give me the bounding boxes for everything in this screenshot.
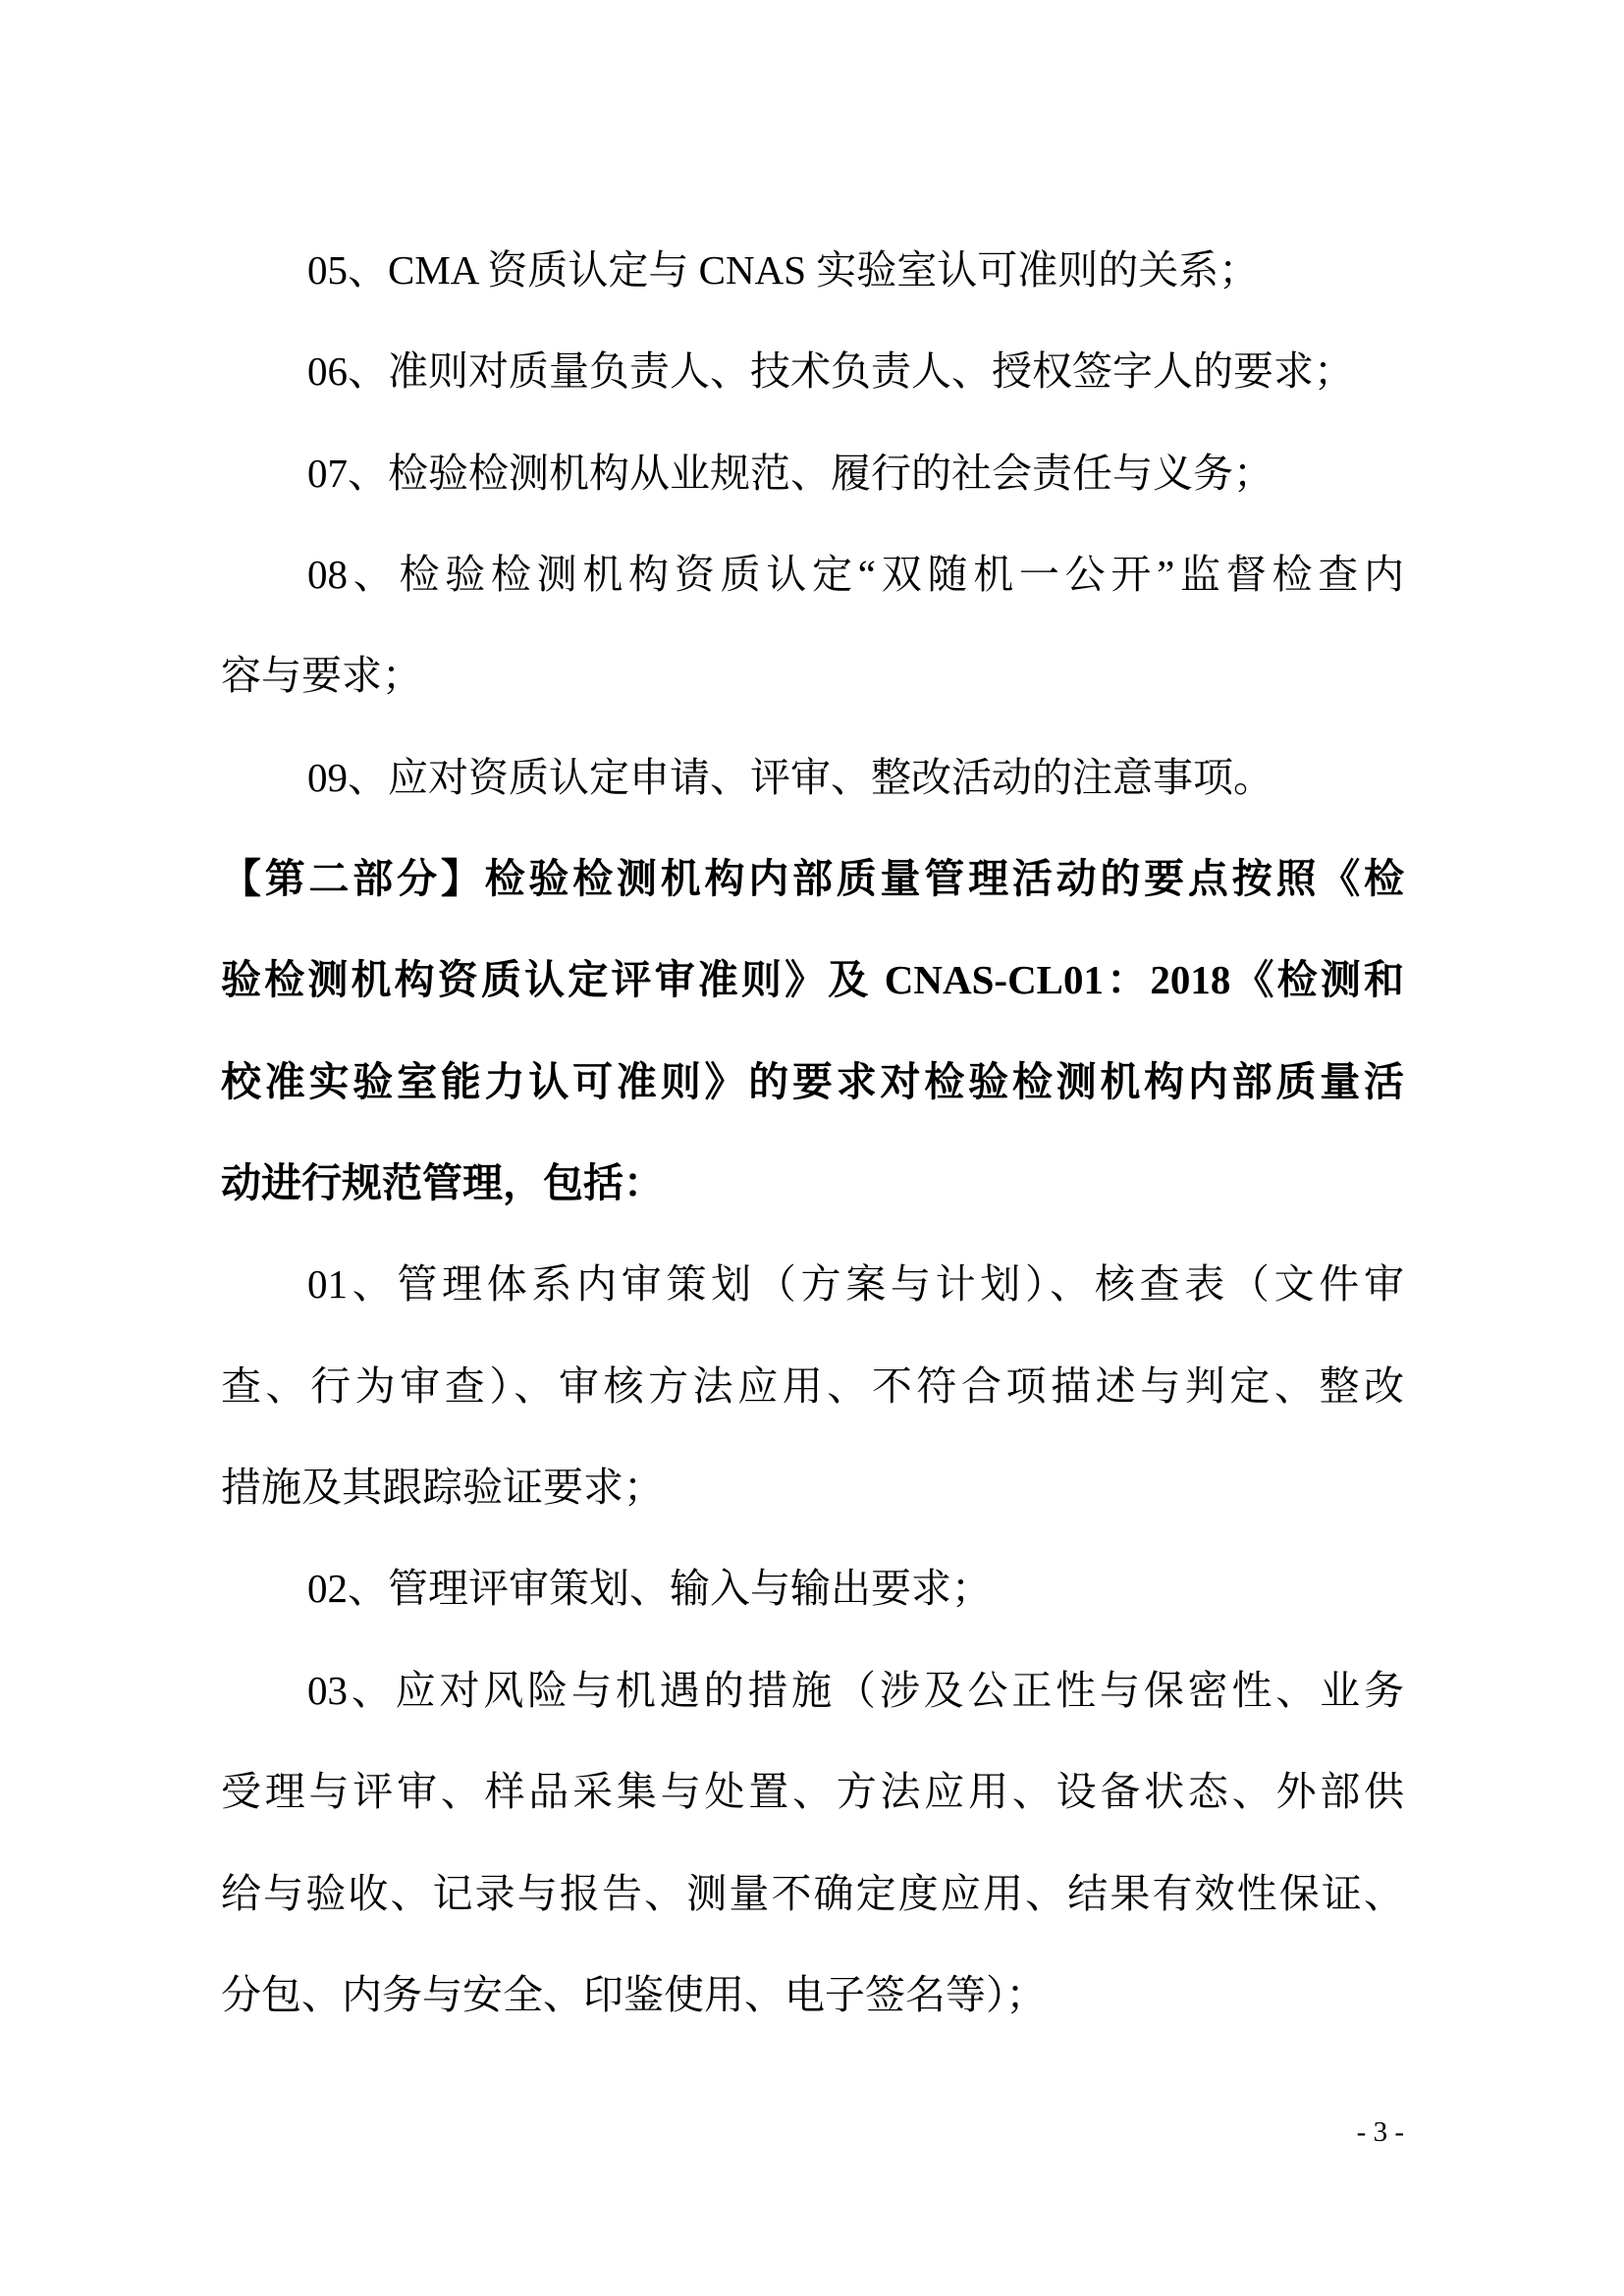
text-line: 分包、内务与安全、印鉴使用、电子签名等）； (221, 1945, 1404, 2046)
text-line: 01、管理体系内审策划（方案与计划）、核查表（文件审 (221, 1234, 1404, 1335)
text-line: 06、准则对质量负责人、技术负责人、授权签字人的要求； (221, 321, 1404, 422)
text-block: 05、CMA 资质认定与 CNAS 实验室认可准则的关系；06、准则对质量负责人… (221, 220, 1404, 2046)
text-line: 【第二部分】检验检测机构内部质量管理活动的要点按照《检 (221, 828, 1404, 930)
text-line: 05、CMA 资质认定与 CNAS 实验室认可准则的关系； (221, 220, 1404, 321)
text-line: 验检测机构资质认定评审准则》及 CNAS-CL01：2018《检测和 (221, 930, 1404, 1031)
document-page: 05、CMA 资质认定与 CNAS 实验室认可准则的关系；06、准则对质量负责人… (0, 0, 1624, 2296)
text-line: 措施及其跟踪验证要求； (221, 1437, 1404, 1538)
text-line: 查、行为审查）、审核方法应用、不符合项描述与判定、整改 (221, 1336, 1404, 1437)
text-line: 08、检验检测机构资质认定“双随机一公开”监督检查内 (221, 524, 1404, 625)
text-line: 容与要求； (221, 625, 1404, 726)
text-line: 校准实验室能力认可准则》的要求对检验检测机构内部质量活 (221, 1032, 1404, 1133)
text-line: 09、应对资质认定申请、评审、整改活动的注意事项。 (221, 727, 1404, 828)
text-line: 动进行规范管理，包括： (221, 1133, 1404, 1234)
text-line: 受理与评审、样品采集与处置、方法应用、设备状态、外部供 (221, 1741, 1404, 1842)
text-line: 02、管理评审策划、输入与输出要求； (221, 1538, 1404, 1639)
page-number: - 3 - (1208, 2112, 1404, 2152)
text-line: 07、检验检测机构从业规范、履行的社会责任与义务； (221, 423, 1404, 524)
text-line: 给与验收、记录与报告、测量不确定度应用、结果有效性保证、 (221, 1843, 1404, 1945)
text-line: 03、应对风险与机遇的措施（涉及公正性与保密性、业务 (221, 1640, 1404, 1741)
